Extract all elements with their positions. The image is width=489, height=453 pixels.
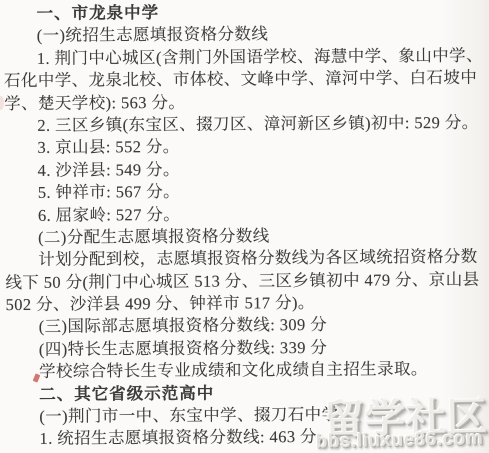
scanned-document-page: { "page": { "background_color": "#fbfaf8… [0, 0, 489, 453]
text-line: 线下 50 分(荆门中心城区 513 分、三区乡镇初中 479 分、京山县 [0, 268, 489, 294]
watermark: 留学社区 bbs.liuxue86.com [315, 397, 488, 452]
watermark-url-text: bbs.liuxue86.com [315, 430, 488, 452]
text-line: 2. 三区乡镇(东宝区、掇刀区、漳河新区乡镇)初中: 529 分。 [0, 112, 488, 138]
text-line: 学校综合特长生专业成绩和文化成绩自主招生录取。 [1, 358, 489, 384]
text-line: 石化中学、龙泉北校、市体校、文峰中学、漳河中学、白石坡中 [0, 67, 488, 93]
text-line: 计划分配到校，志愿填报资格分数线为各区域统招资格分数 [0, 246, 489, 272]
document-text-block: 一、市龙泉中学 (一)统招生志愿填报资格分数线 1. 荆门中心城区(含荆门外国语… [0, 0, 489, 451]
